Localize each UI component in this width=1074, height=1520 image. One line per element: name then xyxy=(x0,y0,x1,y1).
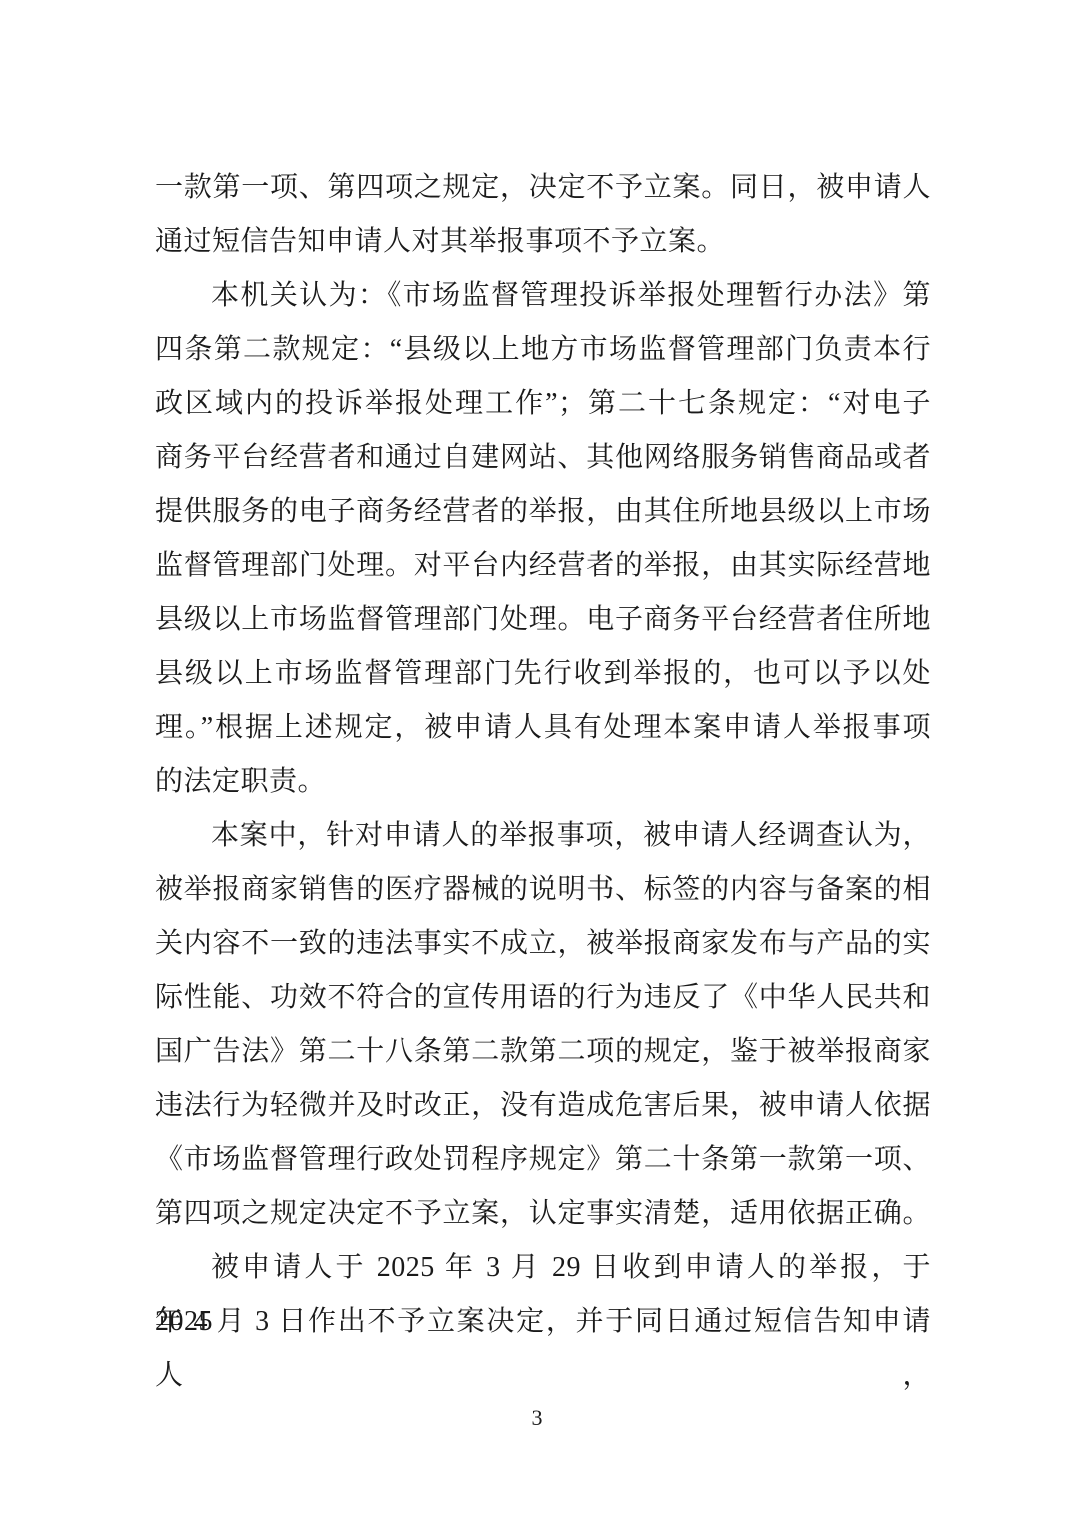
text-line: 关内容不一致的违法事实不成立，被举报商家发布与产品的实 xyxy=(155,917,931,971)
text-line: 理。”根据上述规定，被申请人具有处理本案申请人举报事项 xyxy=(155,701,931,755)
text-line: 县级以上市场监督管理部门处理。电子商务平台经营者住所地 xyxy=(155,593,931,647)
text-line: 本机关认为：《市场监督管理投诉举报处理暂行办法》第 xyxy=(155,269,931,323)
text-line: 年 4 月 3 日作出不予立案决定，并于同日通过短信告知申请人， xyxy=(155,1295,931,1349)
text-line: 被申请人于 2025 年 3 月 29 日收到申请人的举报，于 2025 xyxy=(155,1241,931,1295)
text-line: 违法行为轻微并及时改正，没有造成危害后果，被申请人依据 xyxy=(155,1079,931,1133)
text-line: 商务平台经营者和通过自建网站、其他网络服务销售商品或者 xyxy=(155,431,931,485)
text-line: 一款第一项、第四项之规定，决定不予立案。同日，被申请人 xyxy=(155,161,931,215)
page-number: 3 xyxy=(0,1404,1074,1432)
text-line: 际性能、功效不符合的宣传用语的行为违反了《中华人民共和 xyxy=(155,971,931,1025)
text-line: 被举报商家销售的医疗器械的说明书、标签的内容与备案的相 xyxy=(155,863,931,917)
text-line: 县级以上市场监督管理部门先行收到举报的，也可以予以处 xyxy=(155,647,931,701)
text-line: 的法定职责。 xyxy=(155,755,931,809)
text-line: 通过短信告知申请人对其举报事项不予立案。 xyxy=(155,215,931,269)
text-line: 《市场监督管理行政处罚程序规定》第二十条第一款第一项、 xyxy=(155,1133,931,1187)
text-line: 本案中，针对申请人的举报事项，被申请人经调查认为， xyxy=(155,809,931,863)
document-page: 一款第一项、第四项之规定，决定不予立案。同日，被申请人通过短信告知申请人对其举报… xyxy=(0,0,1074,1520)
document-body: 一款第一项、第四项之规定，决定不予立案。同日，被申请人通过短信告知申请人对其举报… xyxy=(155,161,931,1349)
text-line: 四条第二款规定：“县级以上地方市场监督管理部门负责本行 xyxy=(155,323,931,377)
text-line: 第四项之规定决定不予立案，认定事实清楚，适用依据正确。 xyxy=(155,1187,931,1241)
text-line: 国广告法》第二十八条第二款第二项的规定，鉴于被举报商家 xyxy=(155,1025,931,1079)
text-line: 监督管理部门处理。对平台内经营者的举报，由其实际经营地 xyxy=(155,539,931,593)
text-line: 提供服务的电子商务经营者的举报，由其住所地县级以上市场 xyxy=(155,485,931,539)
text-line: 政区域内的投诉举报处理工作”；第二十七条规定：“对电子 xyxy=(155,377,931,431)
